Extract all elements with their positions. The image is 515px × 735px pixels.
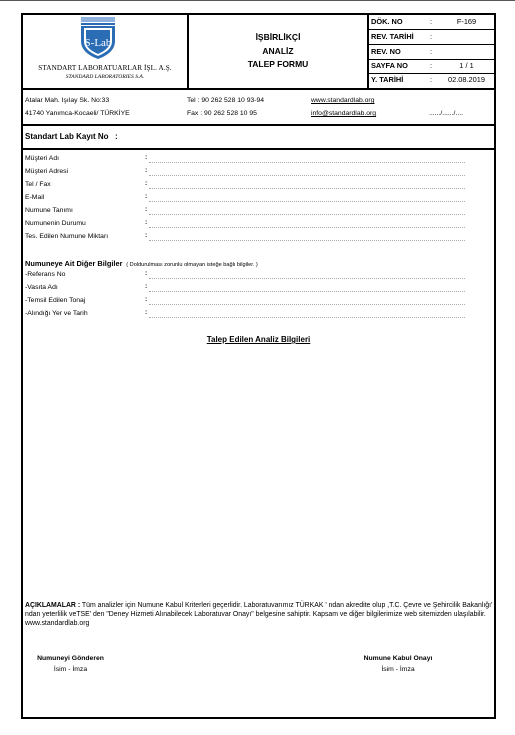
- company-subtitle: STANDARD LABORATORIES S.A.: [23, 74, 187, 80]
- notes-text: Tüm analizler için Numune Kabul Kriterle…: [25, 602, 492, 627]
- notes-paragraph: AÇIKLAMALAR : Tüm analizler için Numune …: [25, 601, 493, 628]
- fill-line[interactable]: [149, 188, 465, 189]
- field-customer-name[interactable]: Müşteri Adı:: [25, 154, 465, 166]
- form-title: İŞBİRLİKÇİ ANALİZ TALEP FORMU: [189, 15, 369, 88]
- fill-line[interactable]: [149, 317, 465, 318]
- email-link[interactable]: info@standardlab.org: [311, 110, 376, 117]
- field-sample-description[interactable]: Numune Tanımı:: [25, 206, 465, 218]
- field-sample-quantity[interactable]: Tes. Edilen Numune Miktarı:: [25, 232, 465, 244]
- logo-cell: S-Lab STANDART LABORATUARLAR İŞL. A.Ş. S…: [23, 15, 189, 88]
- meta-row-rev-no: REV. NO :: [369, 45, 494, 60]
- title-line-3: TALEP FORMU: [189, 59, 367, 69]
- document-meta-table: DÖK. NO : F-169 REV. TARİHİ : REV. NO : …: [369, 15, 494, 88]
- field-email[interactable]: E-Mail:: [25, 193, 465, 205]
- address-line-1: Atalar Mah. Işılay Sk. No:33: [25, 97, 109, 104]
- contact-info: Atalar Mah. Işılay Sk. No:33 41740 Yanım…: [23, 90, 494, 126]
- field-sample-condition[interactable]: Numunenin Durumu:: [25, 219, 465, 231]
- title-line-2: ANALİZ: [189, 46, 367, 56]
- phone-number: Tel : 90 262 528 10 93-94: [187, 97, 264, 104]
- shield-logo-icon: S-Lab: [79, 17, 117, 59]
- optional-section-note: ( Doldurulması zorunlu olmayan isteğe ba…: [126, 262, 258, 268]
- field-reference-no[interactable]: -Referans No:: [25, 270, 465, 282]
- form-frame: S-Lab STANDART LABORATUARLAR İŞL. A.Ş. S…: [21, 13, 496, 719]
- field-represented-tonnage[interactable]: -Temsil Edilen Tonaj:: [25, 296, 465, 308]
- date-blank: ....../....../....: [429, 110, 463, 117]
- meta-row-doc-no: DÖK. NO : F-169: [369, 15, 494, 30]
- fill-line[interactable]: [149, 201, 465, 202]
- title-line-1: İŞBİRLİKÇİ: [189, 32, 367, 42]
- field-vehicle-name[interactable]: -Vasıta Adı:: [25, 283, 465, 295]
- fill-line[interactable]: [149, 291, 465, 292]
- registration-row: Standart Lab Kayıt No :: [23, 126, 494, 150]
- meta-row-page-no: SAYFA NO : 1 / 1: [369, 59, 494, 74]
- field-sampling-place-date[interactable]: -Alındığı Yer ve Tarih:: [25, 309, 465, 321]
- meta-row-pub-date: Y. TARİHİ : 02.08.2019: [369, 73, 494, 87]
- fax-number: Fax : 90 262 528 10 95: [187, 110, 257, 117]
- optional-section-heading: Numuneye Ait Diğer Bilgiler ( Doldurulma…: [25, 259, 258, 268]
- field-tel-fax[interactable]: Tel / Fax:: [25, 180, 465, 192]
- form-header: S-Lab STANDART LABORATUARLAR İŞL. A.Ş. S…: [23, 15, 494, 90]
- sender-signature: Numuneyi Gönderen İsim - İmza: [33, 655, 108, 673]
- svg-text:S-Lab: S-Lab: [85, 37, 112, 49]
- notes-label: AÇIKLAMALAR :: [25, 602, 80, 609]
- registration-label: Standart Lab Kayıt No: [25, 132, 109, 141]
- page-top-rule: [0, 0, 515, 1]
- address-line-2: 41740 Yanımca-Kocaeli/ TÜRKİYE: [25, 110, 130, 117]
- fill-line[interactable]: [149, 175, 465, 176]
- field-customer-address[interactable]: Müşteri Adresi:: [25, 167, 465, 179]
- meta-row-rev-date: REV. TARİHİ :: [369, 30, 494, 45]
- fill-line[interactable]: [149, 278, 465, 279]
- company-name: STANDART LABORATUARLAR İŞL. A.Ş.: [23, 64, 187, 72]
- website-link[interactable]: www.standardlab.org: [311, 97, 374, 104]
- fill-line[interactable]: [149, 227, 465, 228]
- analysis-section-title: Talep Edilen Analiz Bilgileri: [23, 335, 494, 344]
- fill-line[interactable]: [149, 304, 465, 305]
- fill-line[interactable]: [149, 162, 465, 163]
- fill-line[interactable]: [149, 214, 465, 215]
- fill-line[interactable]: [149, 240, 465, 241]
- acceptance-signature: Numune Kabul Onayı İsim - İmza: [353, 655, 443, 673]
